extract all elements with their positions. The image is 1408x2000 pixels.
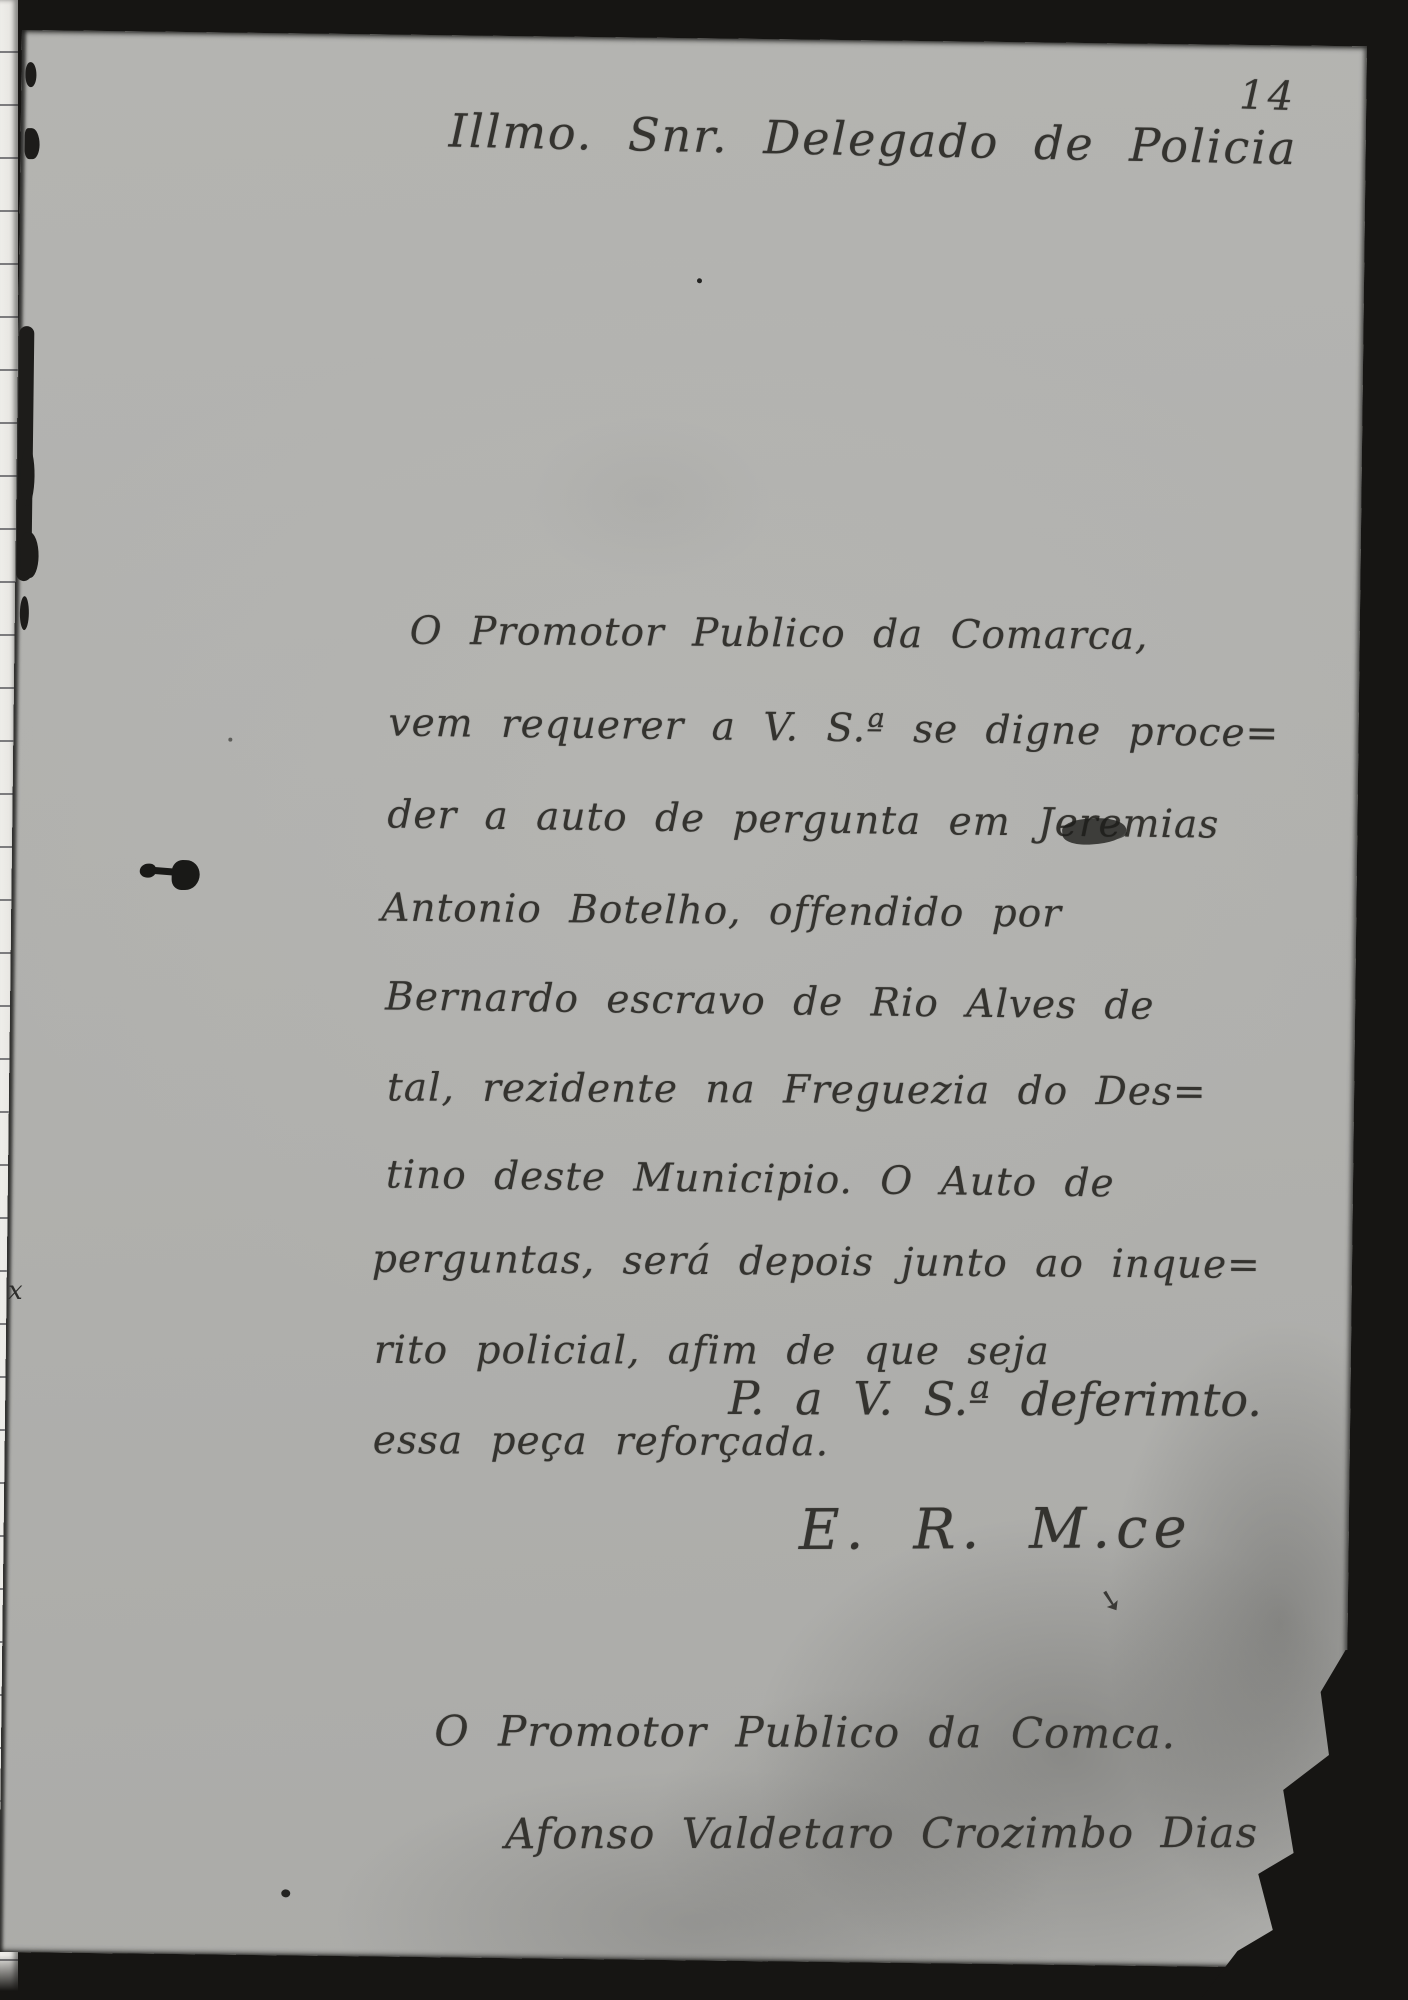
ink-blob (20, 596, 29, 630)
ink-speck (228, 738, 232, 742)
ink-blob (25, 62, 36, 87)
signature-title: O Promotor Publico da Comca. (434, 1706, 1176, 1758)
handwritten-line: O Promotor Publico da Comarca, (410, 609, 1149, 659)
handwritten-line: tino deste Municipio. O Auto de (386, 1153, 1115, 1207)
page-number: 14 (1239, 72, 1297, 120)
handwritten-line: rito policial, afim de que seja (374, 1328, 1050, 1374)
document-sheet: 14 Illmo. Snr. Delegado de Policia O Pro… (0, 30, 1367, 1968)
scanner-bed-top (18, 0, 1408, 30)
handwritten-line: vem requerer a V. S.ª se digne proce= (388, 701, 1279, 757)
header-salutation: Illmo. Snr. Delegado de Policia (448, 104, 1298, 176)
scanned-document-page: { "document": { "page_number": "14", "he… (0, 0, 1408, 2000)
ink-speck (697, 278, 702, 283)
handwritten-line: tal, rezidente na Freguezia do Des= (387, 1065, 1207, 1114)
closing-formula: E. R. M.ce (799, 1496, 1193, 1563)
handwritten-line: Bernardo escravo de Rio Alves de (385, 975, 1155, 1029)
ink-blob (24, 128, 39, 159)
signature-name: Afonso Valdetaro Crozimbo Dias (505, 1808, 1258, 1858)
margin-x-mark: x (8, 1276, 23, 1306)
ink-speck (281, 1889, 290, 1897)
handwritten-line: perguntas, será depois junto ao inque= (372, 1237, 1261, 1288)
pen-arrow-mark: ➘ (1094, 1581, 1126, 1621)
handwritten-line: Antonio Botelho, offendido por (381, 886, 1062, 937)
ink-smear (16, 326, 34, 581)
ink-blot (139, 852, 204, 899)
closing-request: P. a V. S.ª deferimto. (728, 1371, 1262, 1427)
